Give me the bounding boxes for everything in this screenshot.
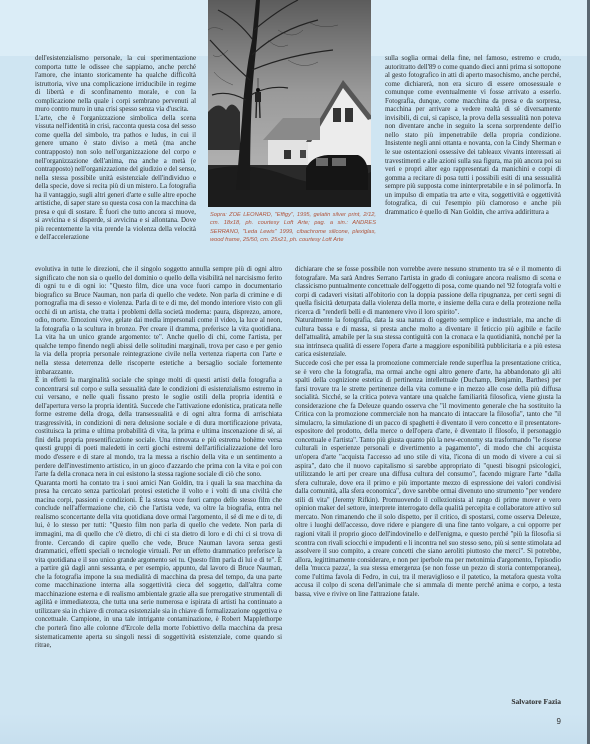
paragraph: dell'esistenzialismo personale, la cui s… [35, 55, 196, 115]
text-column-right-top: sulla soglia ormai della fine, nel famos… [385, 55, 561, 217]
text-column-right-main: dichiarare che se fosse possibile non vo… [295, 266, 561, 599]
paragraph: sulla soglia ormai della fine, nel famos… [385, 55, 561, 217]
paragraph: È in effetti la marginalità sociale che … [35, 377, 282, 480]
paragraph: L'arte, che è l'organizzazione simbolica… [35, 115, 196, 243]
author-signature: Salvatore Fazia [295, 697, 561, 706]
photo-effigy [208, 0, 371, 207]
paragraph: evolutiva in tutte le direzioni, che il … [35, 266, 282, 377]
photo-caption: Sopra: ZOE LEONARD, "Effigy", 1995, gela… [210, 211, 376, 244]
paragraph: Succede così che per essa la promozione … [295, 360, 561, 599]
page-number: 9 [520, 717, 561, 726]
paragraph: dichiarare che se fosse possibile non vo… [295, 266, 561, 317]
text-column-left-main: evolutiva in tutte le direzioni, che il … [35, 266, 282, 651]
paragraph: Naturalmente la fotografia, data la sua … [295, 317, 561, 360]
text-column-left-top: dell'esistenzialismo personale, la cui s… [35, 55, 196, 243]
bw-photo-icon [208, 0, 371, 207]
paragraph: Quaranta morti ha contato tra i suoi ami… [35, 480, 282, 651]
bottom-shade [0, 714, 590, 744]
